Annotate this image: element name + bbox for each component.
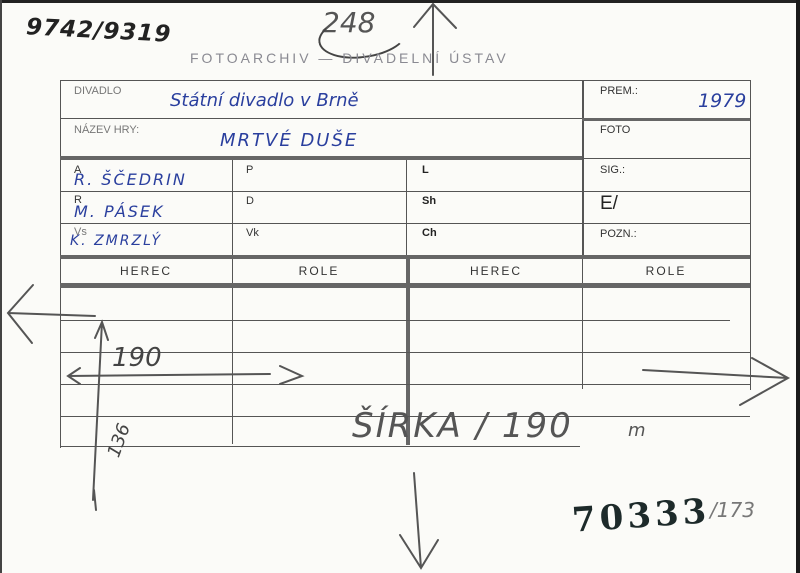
stamp-suffix: /173 — [710, 498, 755, 522]
crop-arrows — [0, 0, 800, 573]
sirka-unit: m — [628, 420, 646, 441]
sirka-note: ŠÍRKA / 190 — [352, 406, 573, 446]
width-measure-label: 190 — [112, 343, 162, 373]
